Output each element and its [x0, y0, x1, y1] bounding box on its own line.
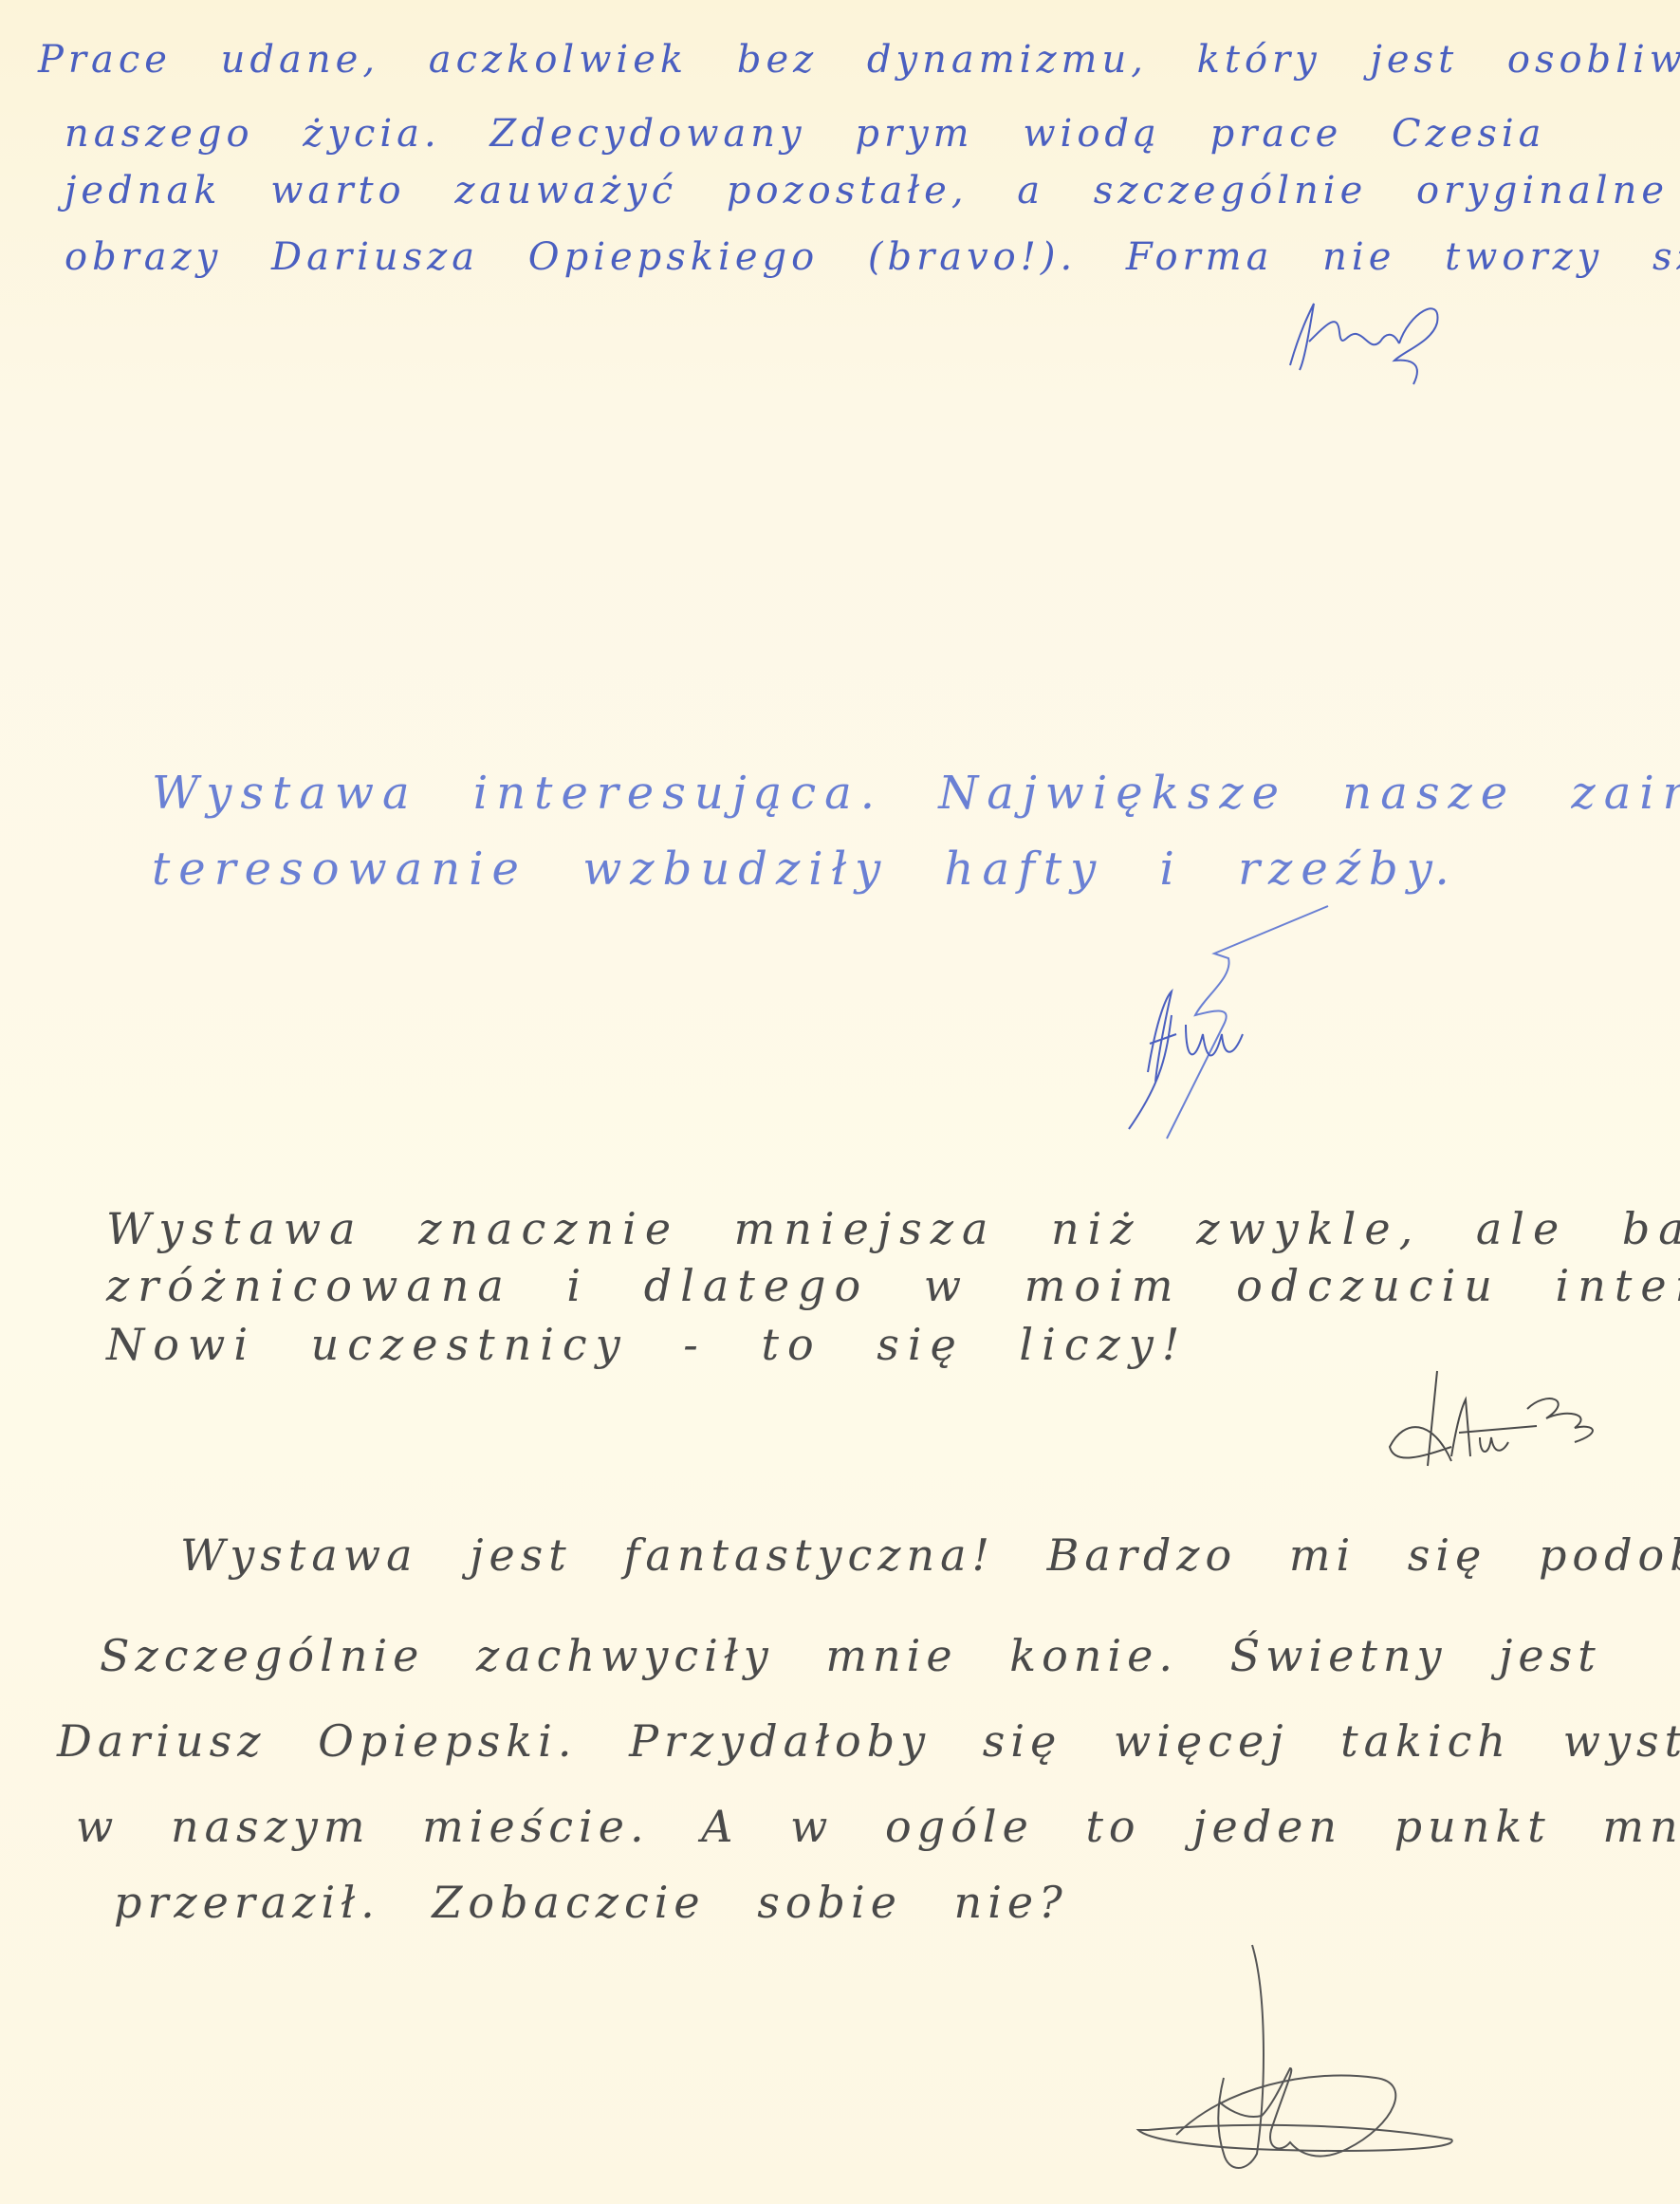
entry-4-line-5: przeraził. Zobaczcie sobie nie?: [114, 1877, 1068, 1928]
entry-3-line-1: Wystawa znacznie mniejsza niż zwykle, al…: [106, 1203, 1680, 1254]
entry-1-line-3: jednak warto zauważyć pozostałe, a szcze…: [65, 169, 1669, 213]
signature-2: [1091, 901, 1375, 1152]
entry-4-line-2: Szczególnie zachwyciły mnie konie. Świet…: [100, 1630, 1601, 1681]
entry-2-line-1: Wystawa interesująca. Największe nasze z…: [152, 767, 1680, 820]
entry-4-line-3: Dariusz Opiepski. Przydałoby się więcej …: [57, 1715, 1680, 1767]
entry-1-line-1: Prace udane, aczkolwiek bez dynamizmu, k…: [38, 38, 1680, 82]
entry-4-line-1: Wystawa jest fantastyczna! Bardzo mi się…: [180, 1529, 1680, 1581]
entry-4-line-4: w naszym mieście. A w ogóle to jeden pun…: [76, 1801, 1680, 1852]
entry-1-line-4: obrazy Dariusza Opiepskiego (bravo!). Fo…: [65, 235, 1680, 279]
guestbook-page: Prace udane, aczkolwiek bez dynamizmu, k…: [0, 0, 1680, 2204]
signature-1: [1271, 275, 1499, 393]
entry-1-line-2: naszego życia. Zdecydowany prym wiodą pr…: [65, 112, 1545, 156]
signature-4: [1062, 1935, 1461, 2186]
entry-2-line-2: teresowanie wzbudziły hafty i rzeźby.: [152, 843, 1458, 896]
signature-3: [1385, 1361, 1632, 1479]
entry-3-line-3: Nowi uczestnicy - to się liczy!: [106, 1319, 1188, 1370]
entry-3-line-2: zróżnicowana i dlatego w moim odczuciu i…: [106, 1260, 1680, 1311]
